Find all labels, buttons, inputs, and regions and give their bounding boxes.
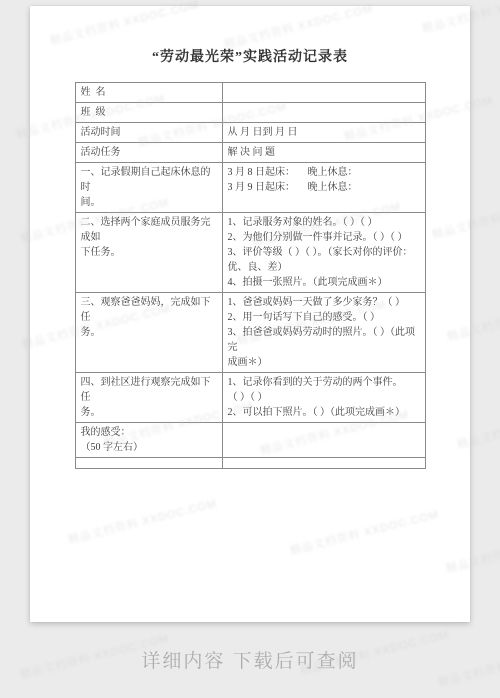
text-line: 1、记录服务对象的姓名。（ ）（ ） <box>228 215 420 230</box>
row-label-cell: 活动时间 <box>75 123 222 143</box>
text-line: 务。 <box>81 325 217 340</box>
text-line: 优、良、差） <box>228 260 420 275</box>
text-line: （50 字左右） <box>81 440 217 455</box>
text-line: 我的感受： <box>81 425 217 440</box>
row-label-cell: 四、到社区进行观察完成如下任务。 <box>75 373 222 423</box>
text-line: 1、记录你看到的关于劳动的两个事件。 <box>228 375 420 390</box>
row-label-cell: 我的感受：（50 字左右） <box>75 423 222 458</box>
text-line: 成画＊） <box>228 355 420 370</box>
row-content-cell <box>222 423 425 458</box>
row-content-cell: 解 决 问 题 <box>222 143 425 163</box>
row-content-cell: 1、爸爸或妈妈一天做了多少家务？（ ）2、用一句话写下自己的感受。（ ）3、拍爸… <box>222 293 425 373</box>
text-line: 解 决 问 题 <box>228 145 420 160</box>
text-line: 一、记录假期自己起床休息的时 <box>81 165 217 195</box>
table-row: 活动时间从 月 日到 月 日 <box>75 123 425 143</box>
table-row: 四、到社区进行观察完成如下任务。1、记录你看到的关于劳动的两个事件。（ ）（ ）… <box>75 373 425 423</box>
table-row: 一、记录假期自己起床休息的时间。3 月 8 日起床： 晚上休息：3 月 9 日起… <box>75 163 425 213</box>
row-content-cell <box>222 83 425 103</box>
text-line: 2、可以拍下照片。（ ）（此项完成画＊） <box>228 405 420 420</box>
text-line: 3 月 9 日起床： 晚上休息： <box>228 180 420 195</box>
table-row: 三、观察爸爸妈妈，完成如下任务。1、爸爸或妈妈一天做了多少家务？（ ）2、用一句… <box>75 293 425 373</box>
text-line: 3、拍爸爸或妈妈劳动时的照片。（ ）（此项完 <box>228 325 420 355</box>
text-line: 2、用一句话写下自己的感受。（ ） <box>228 310 420 325</box>
text-line: 下任务。 <box>81 245 217 260</box>
table-row <box>75 458 425 469</box>
row-label-cell: 姓 名 <box>75 83 222 103</box>
text-line: 3 月 8 日起床： 晚上休息： <box>228 165 420 180</box>
record-table-body: 姓 名班 级活动时间从 月 日到 月 日活动任务解 决 问 题一、记录假期自己起… <box>75 83 425 469</box>
row-label-cell: 三、观察爸爸妈妈，完成如下任务。 <box>75 293 222 373</box>
text-line: 班 级 <box>81 105 217 120</box>
text-line: 活动任务 <box>81 145 217 160</box>
row-content-cell: 1、记录服务对象的姓名。（ ）（ ）2、为他们分别做一件事并记录。（ ）（ ）3… <box>222 213 425 293</box>
row-label-cell: 一、记录假期自己起床休息的时间。 <box>75 163 222 213</box>
document-page: “劳动最光荣”实践活动记录表 姓 名班 级活动时间从 月 日到 月 日活动任务解… <box>30 6 470 622</box>
table-row: 二、选择两个家庭成员服务完成如下任务。1、记录服务对象的姓名。（ ）（ ）2、为… <box>75 213 425 293</box>
document-title: “劳动最光荣”实践活动记录表 <box>30 46 470 66</box>
text-line: 四、到社区进行观察完成如下任 <box>81 375 217 405</box>
text-line: （ ）（ ） <box>228 390 420 405</box>
row-label-cell <box>75 458 222 469</box>
text-line: 2、为他们分别做一件事并记录。（ ）（ ） <box>228 230 420 245</box>
text-line: 务。 <box>81 405 217 420</box>
text-line: 活动时间 <box>81 125 217 140</box>
row-content-cell <box>222 103 425 123</box>
preview-canvas: “劳动最光荣”实践活动记录表 姓 名班 级活动时间从 月 日到 月 日活动任务解… <box>0 0 500 698</box>
text-line: 1、爸爸或妈妈一天做了多少家务？（ ） <box>228 295 420 310</box>
row-content-cell: 从 月 日到 月 日 <box>222 123 425 143</box>
row-content-cell: 3 月 8 日起床： 晚上休息：3 月 9 日起床： 晚上休息： <box>222 163 425 213</box>
text-line: 从 月 日到 月 日 <box>228 125 420 140</box>
table-row: 班 级 <box>75 103 425 123</box>
table-row: 姓 名 <box>75 83 425 103</box>
text-line: 姓 名 <box>81 85 217 100</box>
text-line: 3、评价等级（ ）（ ）。（家长对你的评价： <box>228 245 420 260</box>
record-table: 姓 名班 级活动时间从 月 日到 月 日活动任务解 决 问 题一、记录假期自己起… <box>75 82 426 469</box>
row-content-cell: 1、记录你看到的关于劳动的两个事件。（ ）（ ）2、可以拍下照片。（ ）（此项完… <box>222 373 425 423</box>
text-line: 4、拍摄一张照片。（此项完成画＊） <box>228 275 420 290</box>
row-content-cell <box>222 458 425 469</box>
table-row: 我的感受：（50 字左右） <box>75 423 425 458</box>
row-label-cell: 二、选择两个家庭成员服务完成如下任务。 <box>75 213 222 293</box>
table-row: 活动任务解 决 问 题 <box>75 143 425 163</box>
footer-caption: 详细内容 下载后可查阅 <box>0 648 500 676</box>
text-line: 间。 <box>81 195 217 210</box>
row-label-cell: 班 级 <box>75 103 222 123</box>
row-label-cell: 活动任务 <box>75 143 222 163</box>
text-line: 三、观察爸爸妈妈，完成如下任 <box>81 295 217 325</box>
text-line: 二、选择两个家庭成员服务完成如 <box>81 215 217 245</box>
